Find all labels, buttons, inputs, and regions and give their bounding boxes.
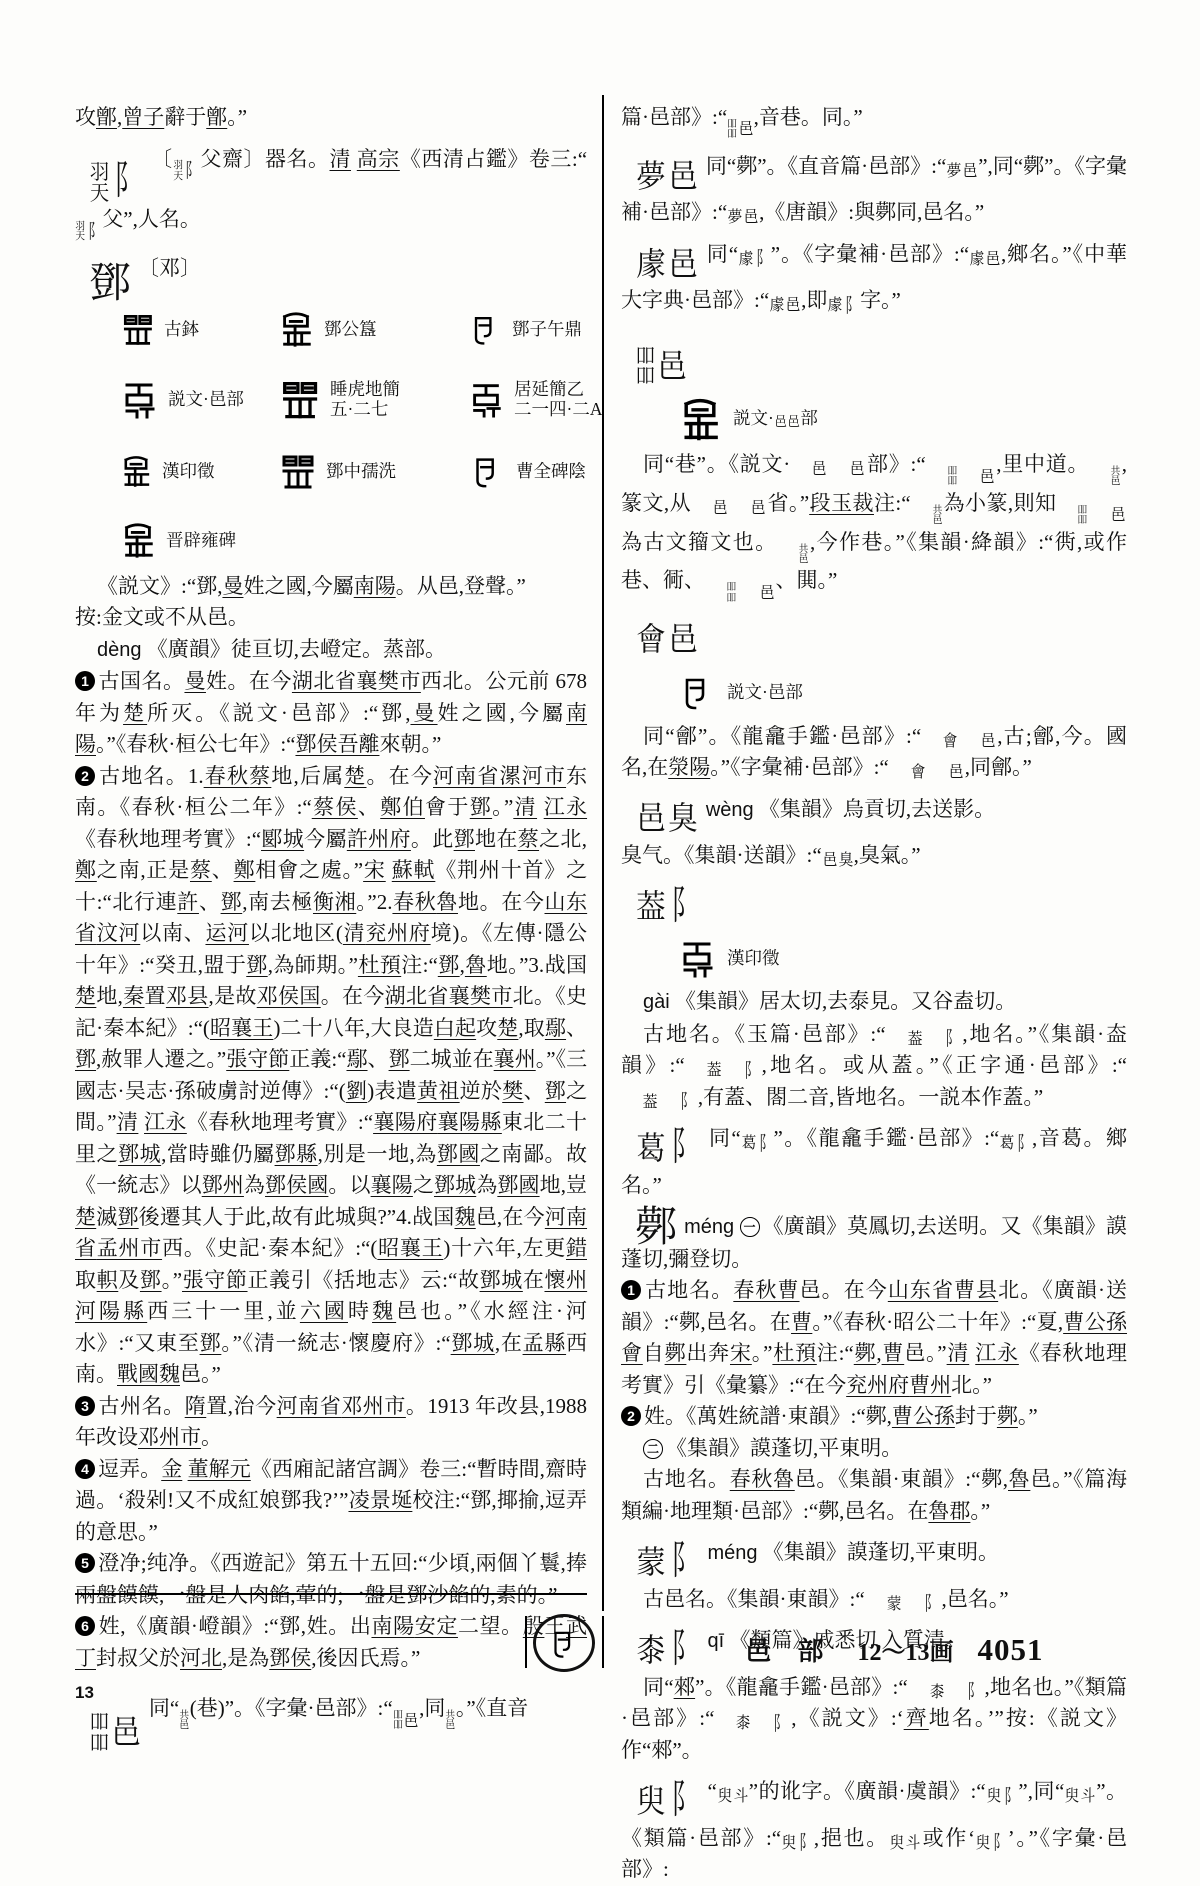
ancient-form: 説文·邑部 [677, 667, 1127, 717]
headword: 邑臭 [635, 788, 699, 834]
column-divider [602, 95, 604, 1611]
seal-glyph-icon [677, 934, 717, 982]
entry-paragraph: 1古国名。曼姓。在今湖北省襄樊市西北。公元前 678 年为楚所灭。《説文·邑部》… [75, 666, 587, 761]
headword: 豦邑 [635, 233, 699, 279]
headword: 葢阝 [635, 876, 701, 922]
ancient-form: 鄧公簋 [277, 309, 467, 349]
ancient-form: 曹全碑陰 [467, 449, 631, 493]
dict-entry-yu-fu: 臾阝“臾斗”的讹字。《廣韻·虞韻》:“臾阝”,同“臾斗”。《類篇·邑部》:“臾阝… [621, 1776, 1127, 1886]
page-number: 4051 [978, 1632, 1044, 1668]
entry-paragraph: 6姓,《廣韻·嶝韻》:“鄧,姓。出南陽安定二望。殷王武丁封叔父於河北,是為鄧侯,… [75, 1611, 587, 1674]
dict-entry-deng: 鄧〔邓〕 古鉢 鄧公簋 鄧子午鼎 説文·邑部 睡虎地簡 五·二七 居延簡乙 二一… [75, 253, 587, 1675]
source-label: 晋辟雍碑 [166, 530, 236, 550]
entry-paragraph: 古地名。春秋魯邑。《集韻·東韻》:“鄸,魯邑。”《篇海類編·地理類·邑部》:“鄸… [621, 1464, 1127, 1527]
source-label: 鄧子午鼎 [512, 319, 582, 339]
left-column-end-rule [75, 1593, 587, 1595]
dict-entry-xiang-guwen: 吅吅邑 説文·邑邑部 同“巷”。《説文·邑邑部》:“吅吅邑,里中道。共邑,篆文,… [621, 327, 1127, 604]
page-footer: 邑 部 12～13画 4051 [745, 1631, 1125, 1668]
seal-glyph-icon [119, 377, 159, 421]
entry-paragraph: 5澄净;纯净。《西遊記》第五十五回:“少頃,兩個丫鬟,捧兩盤饃饃,一盤是人肉餡,… [75, 1548, 587, 1611]
ancient-form: 鄧中孺洗 [277, 449, 467, 493]
headword: 會邑 [635, 608, 699, 654]
headword: 吅吅邑 [635, 321, 688, 367]
dict-entry-meng2-fu: 蒙阝méng 《集韻》謨蓬切,平東明。 古邑名。《集韻·東韻》:“蒙阝,邑名。” [621, 1537, 1127, 1615]
source-label: 居延簡乙 二一四·二A [514, 379, 602, 419]
carryover-text: 攻鄫,曾子辭于鄫。” [75, 102, 587, 134]
entry-paragraph: 1古地名。春秋曹邑。在今山东省曹县北。《廣韻·送韻》:“鄸,邑名。在曹。”《春秋… [621, 1275, 1127, 1401]
dict-entry-meng-yi: 夢邑同“鄸”。《直音篇·邑部》:“夢邑”,同“鄸”。《字彙補·邑部》:“夢邑,《… [621, 151, 1127, 229]
entry-text: 〔羽天阝父齋〕器名。清 高宗《西清占鑑》卷三:“羽天阝父”,人名。 [75, 147, 587, 231]
entry-paragraph: 二《集韻》謨蓬切,平東明。 [621, 1433, 1127, 1465]
seal-glyph-icon [119, 449, 153, 493]
entry-paragraph: 古地名。《玉篇·邑部》:“葢阝,地名。”《集韻·盇韻》:“葢阝,地名。或从蓋。”… [621, 1019, 1127, 1114]
dict-entry-hui-yi: 會邑 説文·邑部 同“鄶”。《龍龕手鑑·邑部》:“會邑,古;鄶,今。國名,在滎陽… [621, 614, 1127, 784]
source-label: 説文·邑部 [727, 682, 803, 702]
ancient-forms-grid: 古鉢 鄧公簋 鄧子午鼎 説文·邑部 睡虎地簡 五·二七 居延簡乙 二一四·二A … [119, 309, 587, 559]
entry-paragraph: gài 《集韻》居太切,去泰見。又谷盍切。 [621, 986, 1127, 1019]
dict-entry-ju-yi: 豦邑同“豦阝”。《字彙補·邑部》:“豦邑,鄉名。”《中華大字典·邑部》:“豦邑,… [621, 239, 1127, 317]
ancient-form: 睡虎地簡 五·二七 [277, 377, 467, 421]
headword: 鄸 [635, 1205, 677, 1251]
ancient-form: 居延簡乙 二一四·二A [467, 377, 631, 421]
ancient-form: 説文·邑邑部 [677, 393, 1127, 445]
entry-headline: méng 一《廣韻》莫鳳切,去送明。又《集韻》謨蓬切,彌登切。 [621, 1214, 1127, 1271]
source-label: 古鉢 [164, 319, 199, 339]
seal-glyph-icon [119, 521, 157, 559]
ancient-form: 晋辟雍碑 [119, 521, 277, 559]
source-label: 睡虎地簡 五·二七 [330, 379, 400, 419]
ancient-form: 漢印徵 [119, 449, 277, 493]
seal-glyph-icon [277, 451, 317, 491]
right-column: 篇·邑部》:“吅吅邑,音巷。同。” 夢邑同“鄸”。《直音篇·邑部》:“夢邑”,同… [621, 102, 1127, 1886]
simplified-form-bracket: 〔邓〕 [138, 256, 201, 280]
seal-glyph-icon [119, 311, 155, 347]
entry-paragraph: 同“鄶”。《龍龕手鑑·邑部》:“會邑,古;鄶,今。國名,在滎陽。”《字彙補·邑部… [621, 721, 1127, 784]
headword: 吅吅邑 [89, 1687, 142, 1733]
headword: 葛阝 [635, 1117, 701, 1163]
seal-glyph-icon [277, 309, 315, 349]
dict-entry-gai-fu: 葢阝 漢印徵 gài 《集韻》居太切,去泰見。又谷盍切。 古地名。《玉篇·邑部》… [621, 882, 1127, 1114]
source-label: 鄧公簋 [324, 319, 377, 339]
entry-paragraph: 古邑名。《集韻·東韻》:“蒙阝,邑名。” [621, 1584, 1127, 1616]
entry-paragraph: dèng 《廣韻》徒亘切,去嶝定。蒸部。 [75, 634, 587, 667]
dict-entry-xiang-variant: 13 吅吅邑同“共邑(巷)”。《字彙·邑部》:“吅吅邑,同共邑。”《直音 [75, 1684, 587, 1753]
headword: 夢邑 [635, 145, 699, 191]
headword: 羽天阝 [89, 138, 144, 184]
seal-glyph-icon [467, 309, 503, 349]
seal-glyph-icon [467, 452, 507, 490]
dict-entry-yu-tian-yi: 羽天阝〔羽天阝父齋〕器名。清 高宗《西清占鑑》卷三:“羽天阝父”,人名。 [75, 144, 587, 243]
ancient-form: 説文·邑部 [119, 377, 277, 421]
source-label: 鄧中孺洗 [326, 461, 396, 481]
carryover-text: 篇·邑部》:“吅吅邑,音巷。同。” [621, 102, 1127, 141]
entry-paragraph: 按:金文或不从邑。 [75, 602, 587, 634]
ancient-form: 鄧子午鼎 [467, 309, 631, 349]
entry-paragraph: 臭气。《集韻·送韻》:“邑臭,臭氣。” [621, 840, 1127, 872]
entry-paragraph: 2姓。《萬姓統譜·東韻》:“鄸,曹公孫封于鄸。” [621, 1401, 1127, 1433]
entry-headline: wèng 《集韻》烏貢切,去送影。 [706, 797, 995, 821]
stroke-range-label: 12～13画 [858, 1632, 954, 1667]
source-label: 漢印徵 [162, 461, 215, 481]
source-label: 曹全碑陰 [516, 461, 586, 481]
dict-entry-yi-chou: 邑臭wèng 《集韻》烏貢切,去送影。 臭气。《集韻·送韻》:“邑臭,臭氣。” [621, 794, 1127, 872]
collection-seal-icon [533, 1614, 595, 1672]
headword: 蒙阝 [635, 1531, 701, 1577]
radical-section-label: 邑 部 [745, 1631, 834, 1668]
headword: 臾阝 [635, 1770, 701, 1816]
footer-divider-left [525, 1616, 527, 1668]
source-label: 説文·邑邑部 [733, 408, 818, 431]
left-column: 攻鄫,曾子辭于鄫。” 羽天阝〔羽天阝父齋〕器名。清 高宗《西清占鑑》卷三:“羽天… [75, 102, 587, 1754]
entry-paragraph: 2古地名。1.春秋蔡地,后属楚。在今河南省漯河市东南。《春秋·桓公二年》:“蔡侯… [75, 761, 587, 1391]
entry-paragraph: 同“郲”。《龍龕手鑑·邑部》:“桼阝,地名也。”《類篇·邑部》:“桼阝,《説文》… [621, 1672, 1127, 1767]
entry-paragraph: 《説文》:“鄧,曼姓之國,今屬南陽。从邑,登聲。” [75, 571, 587, 603]
headword: 桼阝 [635, 1619, 701, 1665]
ancient-form: 漢印徵 [677, 934, 1127, 982]
seal-glyph-icon [467, 377, 505, 421]
footer-divider-right [602, 1616, 604, 1668]
seal-glyph-icon [677, 393, 723, 445]
entry-paragraph: 4逗弄。金 董解元《西廂記諸宫調》卷三:“暫時間,齋時過。‘殺剁!又不成紅娘鄧我… [75, 1454, 587, 1549]
headword: 鄧 [89, 261, 131, 307]
seal-glyph-icon [277, 377, 321, 421]
entry-paragraph: 3古州名。隋置,治今河南省邓州市。1913 年改县,1988 年改设邓州市。 [75, 1391, 587, 1454]
dict-entry-ge-fu: 葛阝同“葛阝”。《龍龕手鑑·邑部》:“葛阝,音葛。鄉名。” [621, 1123, 1127, 1201]
entry-text: 同“共邑(巷)”。《字彙·邑部》:“吅吅邑,同共邑。”《直音 [149, 1696, 528, 1720]
seal-glyph-icon [677, 667, 717, 717]
entry-paragraph: 同“巷”。《説文·邑邑部》:“吅吅邑,里中道。共邑,篆文,从邑邑省。”段玉裁注:… [621, 449, 1127, 604]
source-label: 漢印徵 [727, 948, 780, 968]
entry-headline: méng 《集韻》謨蓬切,平東明。 [708, 1540, 1000, 1564]
ancient-form: 古鉢 [119, 309, 277, 349]
source-label: 説文·邑部 [168, 389, 244, 409]
dict-entry-meng: 鄸méng 一《廣韻》莫鳳切,去送明。又《集韻》謨蓬切,彌登切。 1古地名。春秋… [621, 1211, 1127, 1527]
